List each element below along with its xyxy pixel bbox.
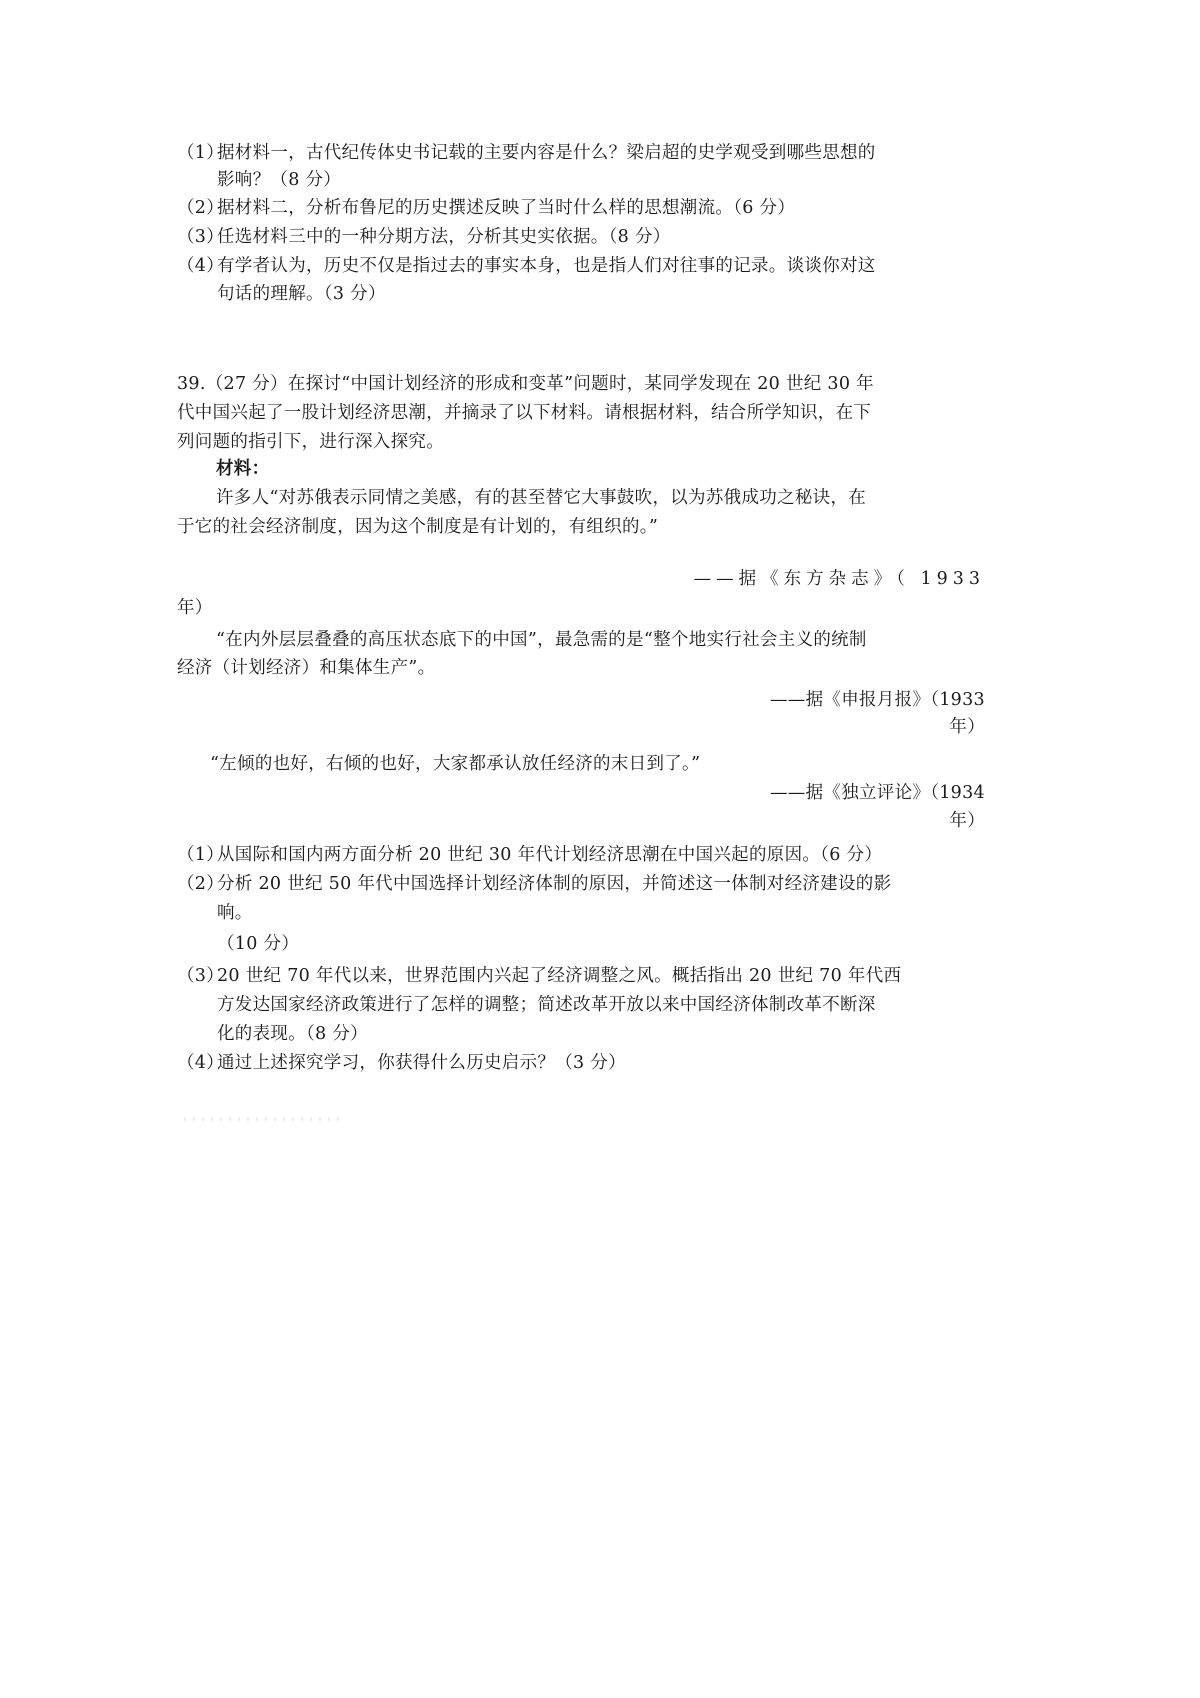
q38-sub4-line1: 有学者认为，历史不仅是指过去的事实本身，也是指人们对往事的记录。谈谈你对这: [217, 254, 876, 278]
q39-sub4-line1: 通过上述探究学习，你获得什么历史启示？（3 分）: [217, 1051, 626, 1075]
quote3-source: ——据《独立评论》（1934: [770, 781, 985, 805]
q39-intro-line2: 代中国兴起了一股计划经济思潮，并摘录了以下材料。请根据材料，结合所学知识，在下: [177, 401, 871, 425]
quote1-line2: 于它的社会经济制度，因为这个制度是有计划的，有组织的。”: [177, 515, 658, 539]
quote1-source: ——据《东方杂志》（ 1933: [694, 567, 985, 591]
scan-noise: [184, 1117, 344, 1121]
q39-sub2-line2: 响。: [217, 901, 253, 925]
quote2-source: ——据《申报月报》（1933: [770, 688, 985, 712]
quote1-source-tail: 年）: [177, 596, 213, 620]
q38-sub1-line2: 影响？（8 分）: [217, 168, 341, 192]
q39-intro-line3: 列问题的指引下，进行深入探究。: [177, 430, 444, 454]
q38-sub1-line1: 据材料一，古代纪传体史书记载的主要内容是什么？梁启超的史学观受到哪些思想的: [217, 141, 876, 165]
q39-sub2-line1: 分析 20 世纪 50 年代中国选择计划经济体制的原因，并简述这一体制对经济建设…: [217, 872, 891, 896]
q38-sub2-line1: 据材料二，分析布鲁尼的历史撰述反映了当时什么样的思想潮流。（6 分）: [217, 196, 795, 220]
q38-sub3-line1: 任选材料三中的一种分期方法，分析其史实依据。（8 分）: [217, 225, 671, 249]
q39-sub2-line3: （10 分）: [217, 932, 299, 956]
quote2-source-tail: 年）: [949, 715, 985, 739]
exam-page: （1） 据材料一，古代纪传体史书记载的主要内容是什么？梁启超的史学观受到哪些思想…: [0, 0, 1200, 1698]
q39-intro-line1: 39.（27 分）在探讨“中国计划经济的形成和变革”问题时，某同学发现在 20 …: [177, 372, 874, 396]
quote3-source-tail: 年）: [949, 809, 985, 833]
q39-sub3-line3: 化的表现。（8 分）: [217, 1022, 368, 1046]
quote2-line2: 经济（计划经济）和集体生产”。: [177, 656, 435, 680]
q39-sub1-line1: 从国际和国内两方面分析 20 世纪 30 年代计划经济思潮在中国兴起的原因。（6…: [217, 843, 882, 867]
q38-sub4-line2: 句话的理解。（3 分）: [217, 282, 386, 306]
q39-sub3-line1: 20 世纪 70 年代以来，世界范围内兴起了经济调整之风。概括指出 20 世纪 …: [217, 964, 901, 988]
quote3-line1: “左倾的也好，右倾的也好，大家都承认放任经济的末日到了。”: [210, 752, 700, 776]
quote1-line1: 许多人“对苏俄表示同情之美感，有的甚至替它大事鼓吹，以为苏俄成功之秘诀，在: [216, 486, 866, 510]
material-label: 材料：: [216, 457, 269, 481]
q39-sub3-line2: 方发达国家经济政策进行了怎样的调整；简述改革开放以来中国经济体制改革不断深: [217, 993, 876, 1017]
quote2-line1: “在内外层层叠叠的高压状态底下的中国”，最急需的是“整个地实行社会主义的统制: [216, 628, 867, 652]
